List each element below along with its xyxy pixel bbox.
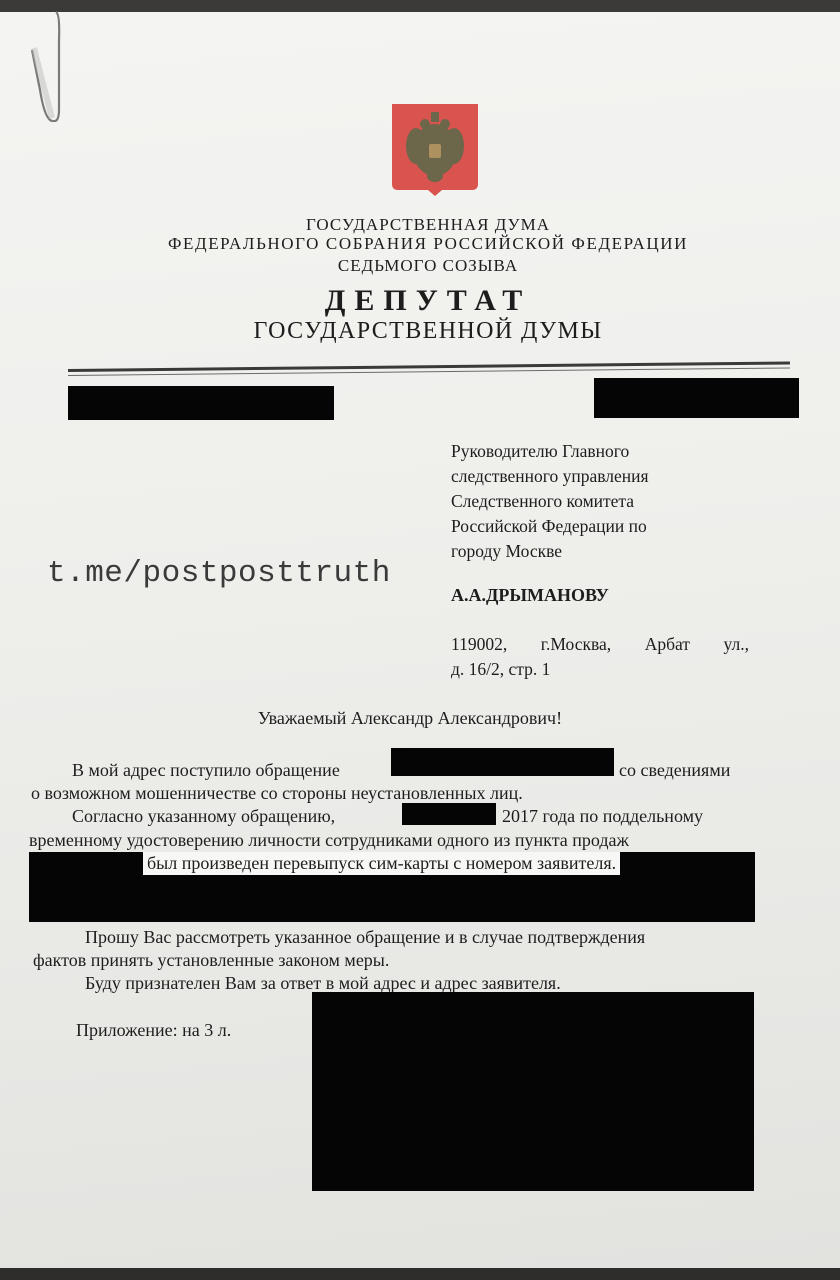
body-p2-start: Согласно указанному обращению,	[72, 806, 335, 827]
body-p2-line2: временному удостоверению личности сотруд…	[29, 830, 629, 851]
redaction-date-number	[68, 386, 334, 420]
addressee-address-2: д. 16/2, стр. 1	[451, 659, 550, 680]
addressee-line: городу Москве	[451, 539, 649, 564]
body-p3-line2: фактов принять установленные законом мер…	[33, 950, 389, 971]
body-p3-line1: Прошу Вас рассмотреть указанное обращени…	[85, 927, 645, 948]
salutation: Уважаемый Александр Александрович!	[0, 708, 830, 729]
addressee-line: Руководителю Главного	[451, 439, 649, 464]
addressee-line: Следственного комитета	[451, 489, 649, 514]
body-p1-end: со сведениями	[619, 760, 730, 781]
addressee-block: Руководителю Главного следственного упра…	[451, 439, 649, 564]
redaction-date	[402, 803, 496, 825]
header-subtitle: ГОСУДАРСТВЕННОЙ ДУМЫ	[8, 318, 840, 345]
addressee-line: следственного управления	[451, 464, 649, 489]
body-p2-end: 2017 года по поддельному	[502, 806, 703, 827]
body-p1-start: В мой адрес поступило обращение	[72, 760, 340, 781]
redaction-reference	[594, 378, 799, 418]
addressee-address-1: 119002, г.Москва, Арбат ул.,	[451, 634, 749, 655]
redaction-signature	[312, 992, 754, 1191]
body-p4: Буду признателен Вам за ответ в мой адре…	[85, 973, 561, 994]
paperclip-icon	[26, 10, 62, 122]
coat-of-arms-icon	[392, 104, 478, 196]
header-line-1: ГОСУДАРСТВЕННАЯ ДУМА	[8, 215, 840, 235]
addressee-line: Российской Федерации по	[451, 514, 649, 539]
body-p2-line3: был произведен перевыпуск сим-карты с но…	[143, 852, 620, 875]
watermark: t.me/postposttruth	[47, 556, 391, 591]
table-surface	[0, 1268, 840, 1280]
body-p1-line2: о возможном мошенничестве со стороны неу…	[31, 783, 523, 804]
attachment-note: Приложение: на 3 л.	[76, 1020, 231, 1041]
header-line-2: ФЕДЕРАЛЬНОГО СОБРАНИЯ РОССИЙСКОЙ ФЕДЕРАЦ…	[8, 234, 840, 254]
header-title: ДЕПУТАТ	[8, 284, 840, 318]
redaction-applicant	[391, 748, 614, 776]
header-line-3: СЕДЬМОГО СОЗЫВА	[8, 256, 840, 276]
addressee-name: А.А.ДРЫМАНОВУ	[451, 585, 609, 606]
